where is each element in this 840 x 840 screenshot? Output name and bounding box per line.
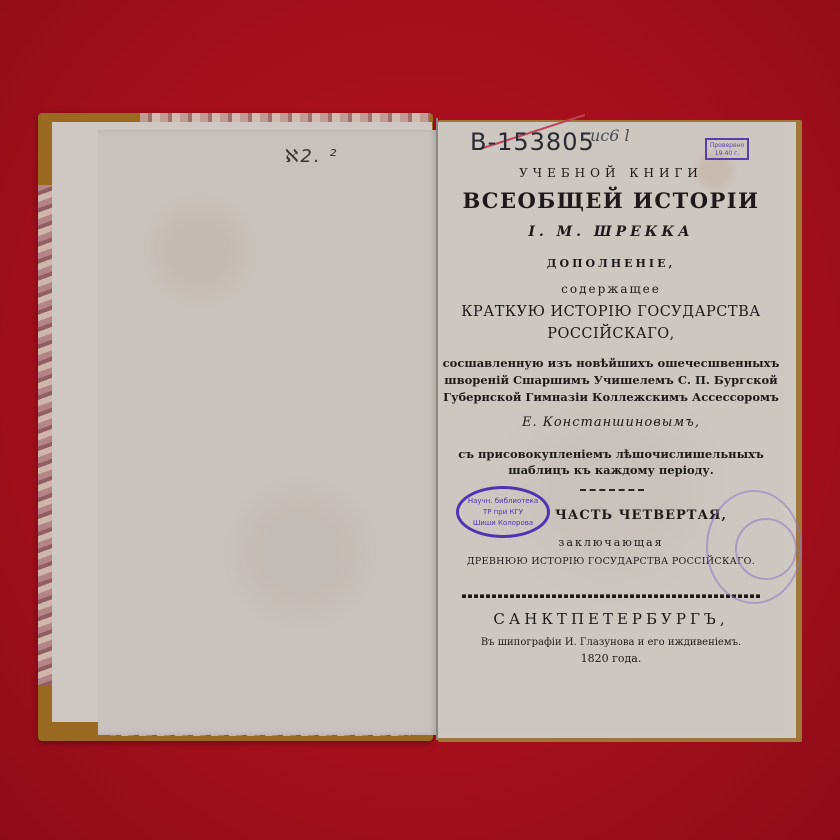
handwritten-mark: ис6 l bbox=[590, 126, 630, 145]
publication-city: САНКТПЕТЕРБУРГЪ, bbox=[438, 610, 784, 628]
faded-round-stamp-inner bbox=[735, 518, 797, 580]
subtitle-line-1: КРАТКУЮ ИСТОРІЮ ГОСУДАРСТВА bbox=[438, 304, 784, 320]
stamp-rect-line-2: 19-40 г. bbox=[707, 150, 747, 158]
compiler-line-1: сосшавленную изъ новѣйшихъ ошечесшвенных… bbox=[438, 356, 784, 370]
flyleaf-page bbox=[98, 130, 436, 735]
author-name: І. М. ШРЕККА bbox=[438, 224, 784, 240]
stamp-rect-line-1: Проверено bbox=[707, 142, 747, 150]
compiler-line-3: Губернской Гимназiи Коллежскимъ Ассессор… bbox=[438, 390, 784, 404]
inspection-stamp: Проверено 19-40 г. bbox=[705, 138, 749, 160]
title-page: УЧЕБНОЙ КНИГИ ВСЕОБЩЕЙ ИСТОРІИ І. М. ШРЕ… bbox=[438, 122, 784, 734]
stamp-oval-line-2: ТР при КГУ bbox=[459, 507, 547, 518]
ornamental-divider-wave bbox=[462, 592, 760, 598]
printer-imprint: Въ шипографiи И. Глазунова и его иждивен… bbox=[438, 637, 784, 648]
compiler-name: Е. Констаншиновымъ, bbox=[438, 415, 784, 430]
supplement-line-2: шаблицъ къ каждому перiоду. bbox=[438, 463, 784, 477]
publication-year: 1820 года. bbox=[438, 652, 784, 665]
title-line-containing: содержащее bbox=[438, 282, 784, 296]
library-oval-stamp: Научн. библиотека ТР при КГУ Шиши Колоро… bbox=[456, 486, 550, 538]
stamp-oval-line-3: Шиши Колорова bbox=[459, 518, 547, 529]
subtitle-line-2: РОССІЙСКАГО, bbox=[438, 326, 784, 342]
supplement-line-1: съ присовокупленiемъ лѣшочислишельныхъ bbox=[438, 447, 784, 461]
flyleaf-handwritten-note: ℵ2. ² bbox=[285, 146, 339, 167]
compiler-line-2: шворенiй Сшаршимъ Учишелемъ С. П. Бургск… bbox=[438, 373, 784, 387]
stamp-oval-line-1: Научн. библиотека bbox=[459, 496, 547, 507]
title-line-supplement: ДОПОЛНЕНІЕ, bbox=[438, 257, 784, 270]
title-line-1: УЧЕБНОЙ КНИГИ bbox=[438, 166, 784, 180]
handwritten-call-number: В-153805 bbox=[470, 128, 595, 156]
ornamental-divider-dots bbox=[580, 489, 644, 493]
main-title: ВСЕОБЩЕЙ ИСТОРІИ bbox=[438, 188, 784, 213]
